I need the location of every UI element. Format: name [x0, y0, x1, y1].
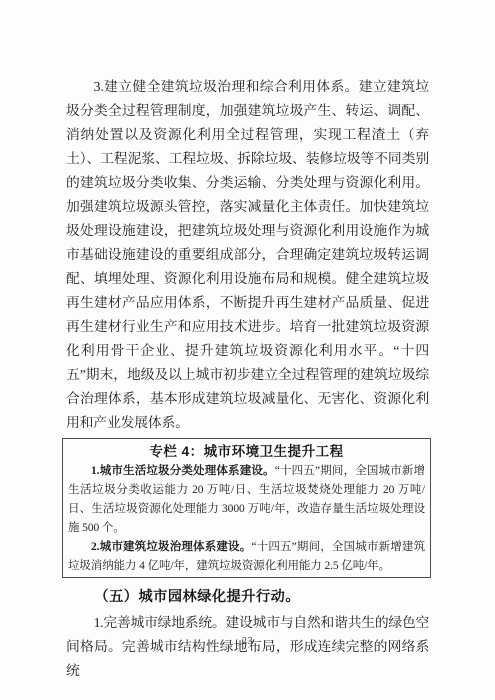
paragraph-text: 建立建筑垃圾分类全过程管理制度，加强建筑垃圾产生、转运、调配、消纳处置以及资源化…: [66, 79, 429, 430]
section-heading-green-action: （五）城市园林绿化提升行动。: [66, 585, 429, 610]
column4-box-item-2: 2.城市建筑垃圾治理体系建设。“十四五”期间，全国城市新增建筑垃圾消纳能力 4 …: [68, 538, 425, 576]
column4-box-title: 专栏 4：城市环境卫生提升工程: [68, 441, 425, 462]
box-item-lead: 1.城市生活垃圾分类处理体系建设。: [91, 465, 275, 477]
paragraph-lead: 1.完善城市绿地系统。: [94, 615, 226, 630]
document-page: 3.建立健全建筑垃圾治理和综合利用体系。建立建筑垃圾分类全过程管理制度，加强建筑…: [0, 0, 495, 700]
column4-box-item-1: 1.城市生活垃圾分类处理体系建设。“十四五”期间，全国城市新增生活垃圾分类收运能…: [68, 462, 425, 538]
page-content: 3.建立健全建筑垃圾治理和综合利用体系。建立建筑垃圾分类全过程管理制度，加强建筑…: [66, 75, 429, 683]
paragraph-lead: 3.建立健全建筑垃圾治理和综合利用体系。: [94, 79, 359, 94]
box-item-lead: 2.城市建筑垃圾治理体系建设。: [91, 541, 251, 553]
paragraph-green-space: 1.完善城市绿地系统。建设城市与自然和谐共生的绿色空间格局。完善城市结构性绿地布…: [66, 611, 429, 683]
column4-box: 专栏 4：城市环境卫生提升工程 1.城市生活垃圾分类处理体系建设。“十四五”期间…: [62, 438, 431, 578]
paragraph-construction-waste: 3.建立健全建筑垃圾治理和综合利用体系。建立建筑垃圾分类全过程管理制度，加强建筑…: [66, 75, 429, 435]
page-number: 23: [0, 636, 495, 647]
